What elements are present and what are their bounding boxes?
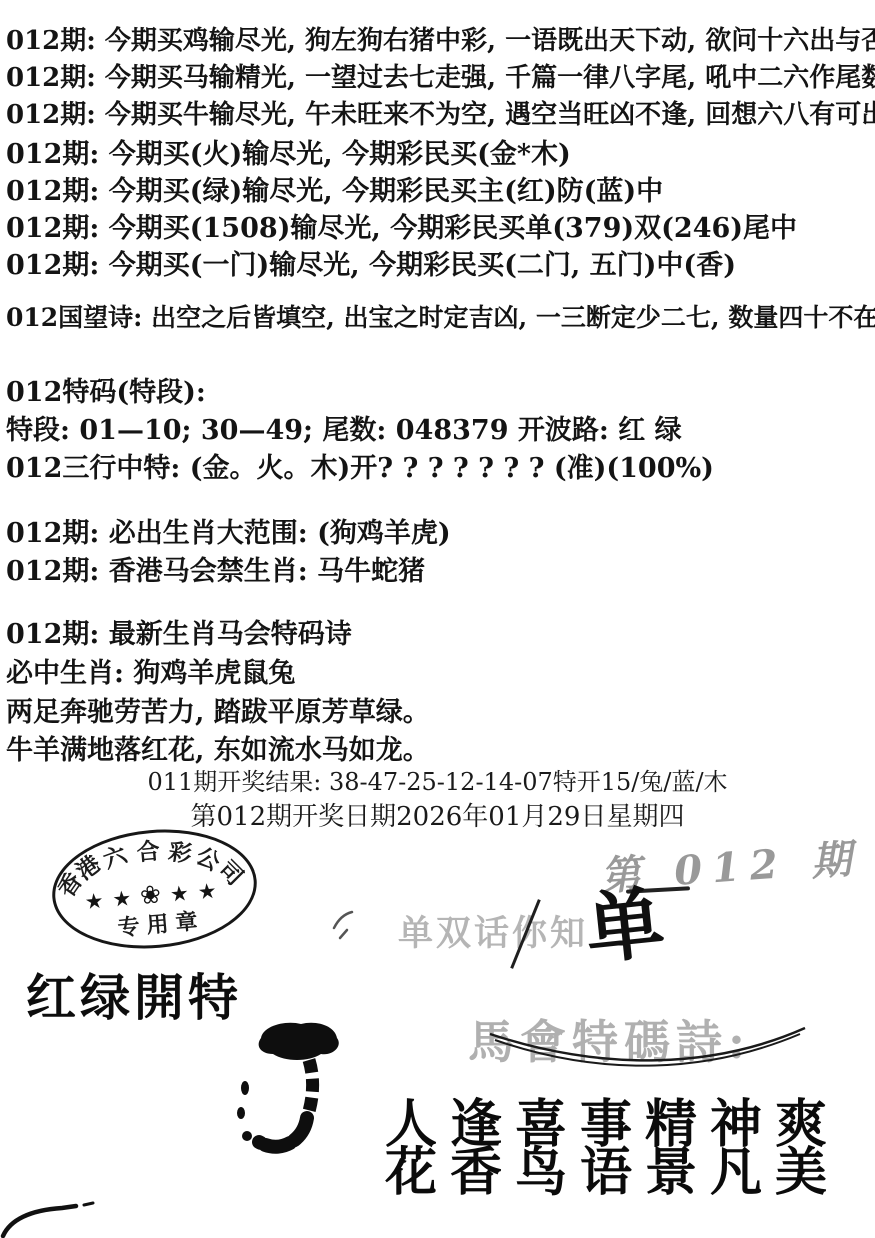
star-icon: ★ — [111, 885, 141, 911]
snake-brush-figure — [233, 1018, 358, 1170]
seal-arc-char-4: 合 — [135, 832, 161, 867]
period-tip-line-4: 012期: 今期买(火)输尽光, 今期彩民买(金*木) — [6, 132, 571, 171]
hongly-kaite-title: 红绿開特 — [26, 958, 242, 1030]
star-icon: ★ — [84, 888, 114, 914]
bold-dan-character: 单 — [582, 884, 668, 970]
banned-zodiac-line: 012期: 香港马会禁生肖: 马牛蛇猪 — [6, 549, 425, 588]
period-tip-line-1: 012期: 今期买鸡输尽光, 狗左狗右猪中彩, 一语既出天下动, 欲问十六出与否… — [6, 20, 875, 57]
star-icon: ★ — [169, 880, 199, 906]
tema-poem-title: 012期: 最新生肖马会特码诗 — [6, 612, 352, 651]
period-tip-line-2: 012期: 今期买马输精光, 一望过去七走强, 千篇一律八字尾, 吼中二六作尾数… — [6, 57, 875, 94]
flower-icon: ❀ — [139, 879, 171, 911]
teduan-line: 特段: 01—10; 30—49; 尾数: 048379 开波路: 红 绿 — [6, 408, 682, 447]
company-seal: 香 港 六 合 彩 公 司 ★★❀★★ 专用章 — [47, 821, 262, 956]
swoosh-strike-line — [455, 1018, 820, 1074]
last-draw-result: 011期开奖结果: 38-47-25-12-14-07特开15/兔/蓝/木 — [0, 762, 875, 797]
period-tip-line-5: 012期: 今期买(绿)输尽光, 今期彩民买主(红)防(蓝)中 — [6, 169, 663, 208]
star-icon: ★ — [197, 878, 227, 904]
period-tip-line-6: 012期: 今期买(1508)输尽光, 今期彩民买单(379)双(246)尾中 — [6, 206, 797, 245]
danshuang-note: 单双话你知 — [398, 906, 588, 956]
lottery-tip-sheet: 012期: 今期买鸡输尽光, 狗左狗右猪中彩, 一语既出天下动, 欲问十六出与否… — [0, 0, 875, 1238]
sanhang-zhongte-line: 012三行中特: (金。火。木)开? ? ? ? ? ? ? (准)(100%) — [6, 446, 714, 485]
period-tip-line-7: 012期: 今期买(一门)输尽光, 今期彩民买(二门, 五门)中(香) — [6, 243, 736, 282]
period-tip-line-3: 012期: 今期买牛输尽光, 午未旺来不为空, 遇空当旺凶不逢, 回想六八有可出… — [6, 94, 875, 131]
guowang-poem-line: 012国望诗: 出空之后皆填空, 出宝之时定吉凶, 一三断定少二七, 数量四十不… — [6, 298, 875, 334]
stray-pen-mark — [330, 908, 360, 942]
tema-poem-line-1: 两足奔驰劳苦力, 踏跋平原芳草绿。 — [6, 690, 430, 729]
tema-section-title: 012特码(特段): — [6, 370, 206, 409]
next-draw-date: 第012期开奖日期2026年01月29日星期四 — [0, 796, 875, 833]
corner-brush-arc — [0, 1198, 110, 1238]
closing-couplet-line-2: 花香鸟语景凡美 — [385, 1130, 840, 1205]
bizhong-zodiac-line: 必中生肖: 狗鸡羊虎鼠兔 — [6, 651, 295, 690]
zodiac-range-line: 012期: 必出生肖大范围: (狗鸡羊虎) — [6, 511, 451, 550]
